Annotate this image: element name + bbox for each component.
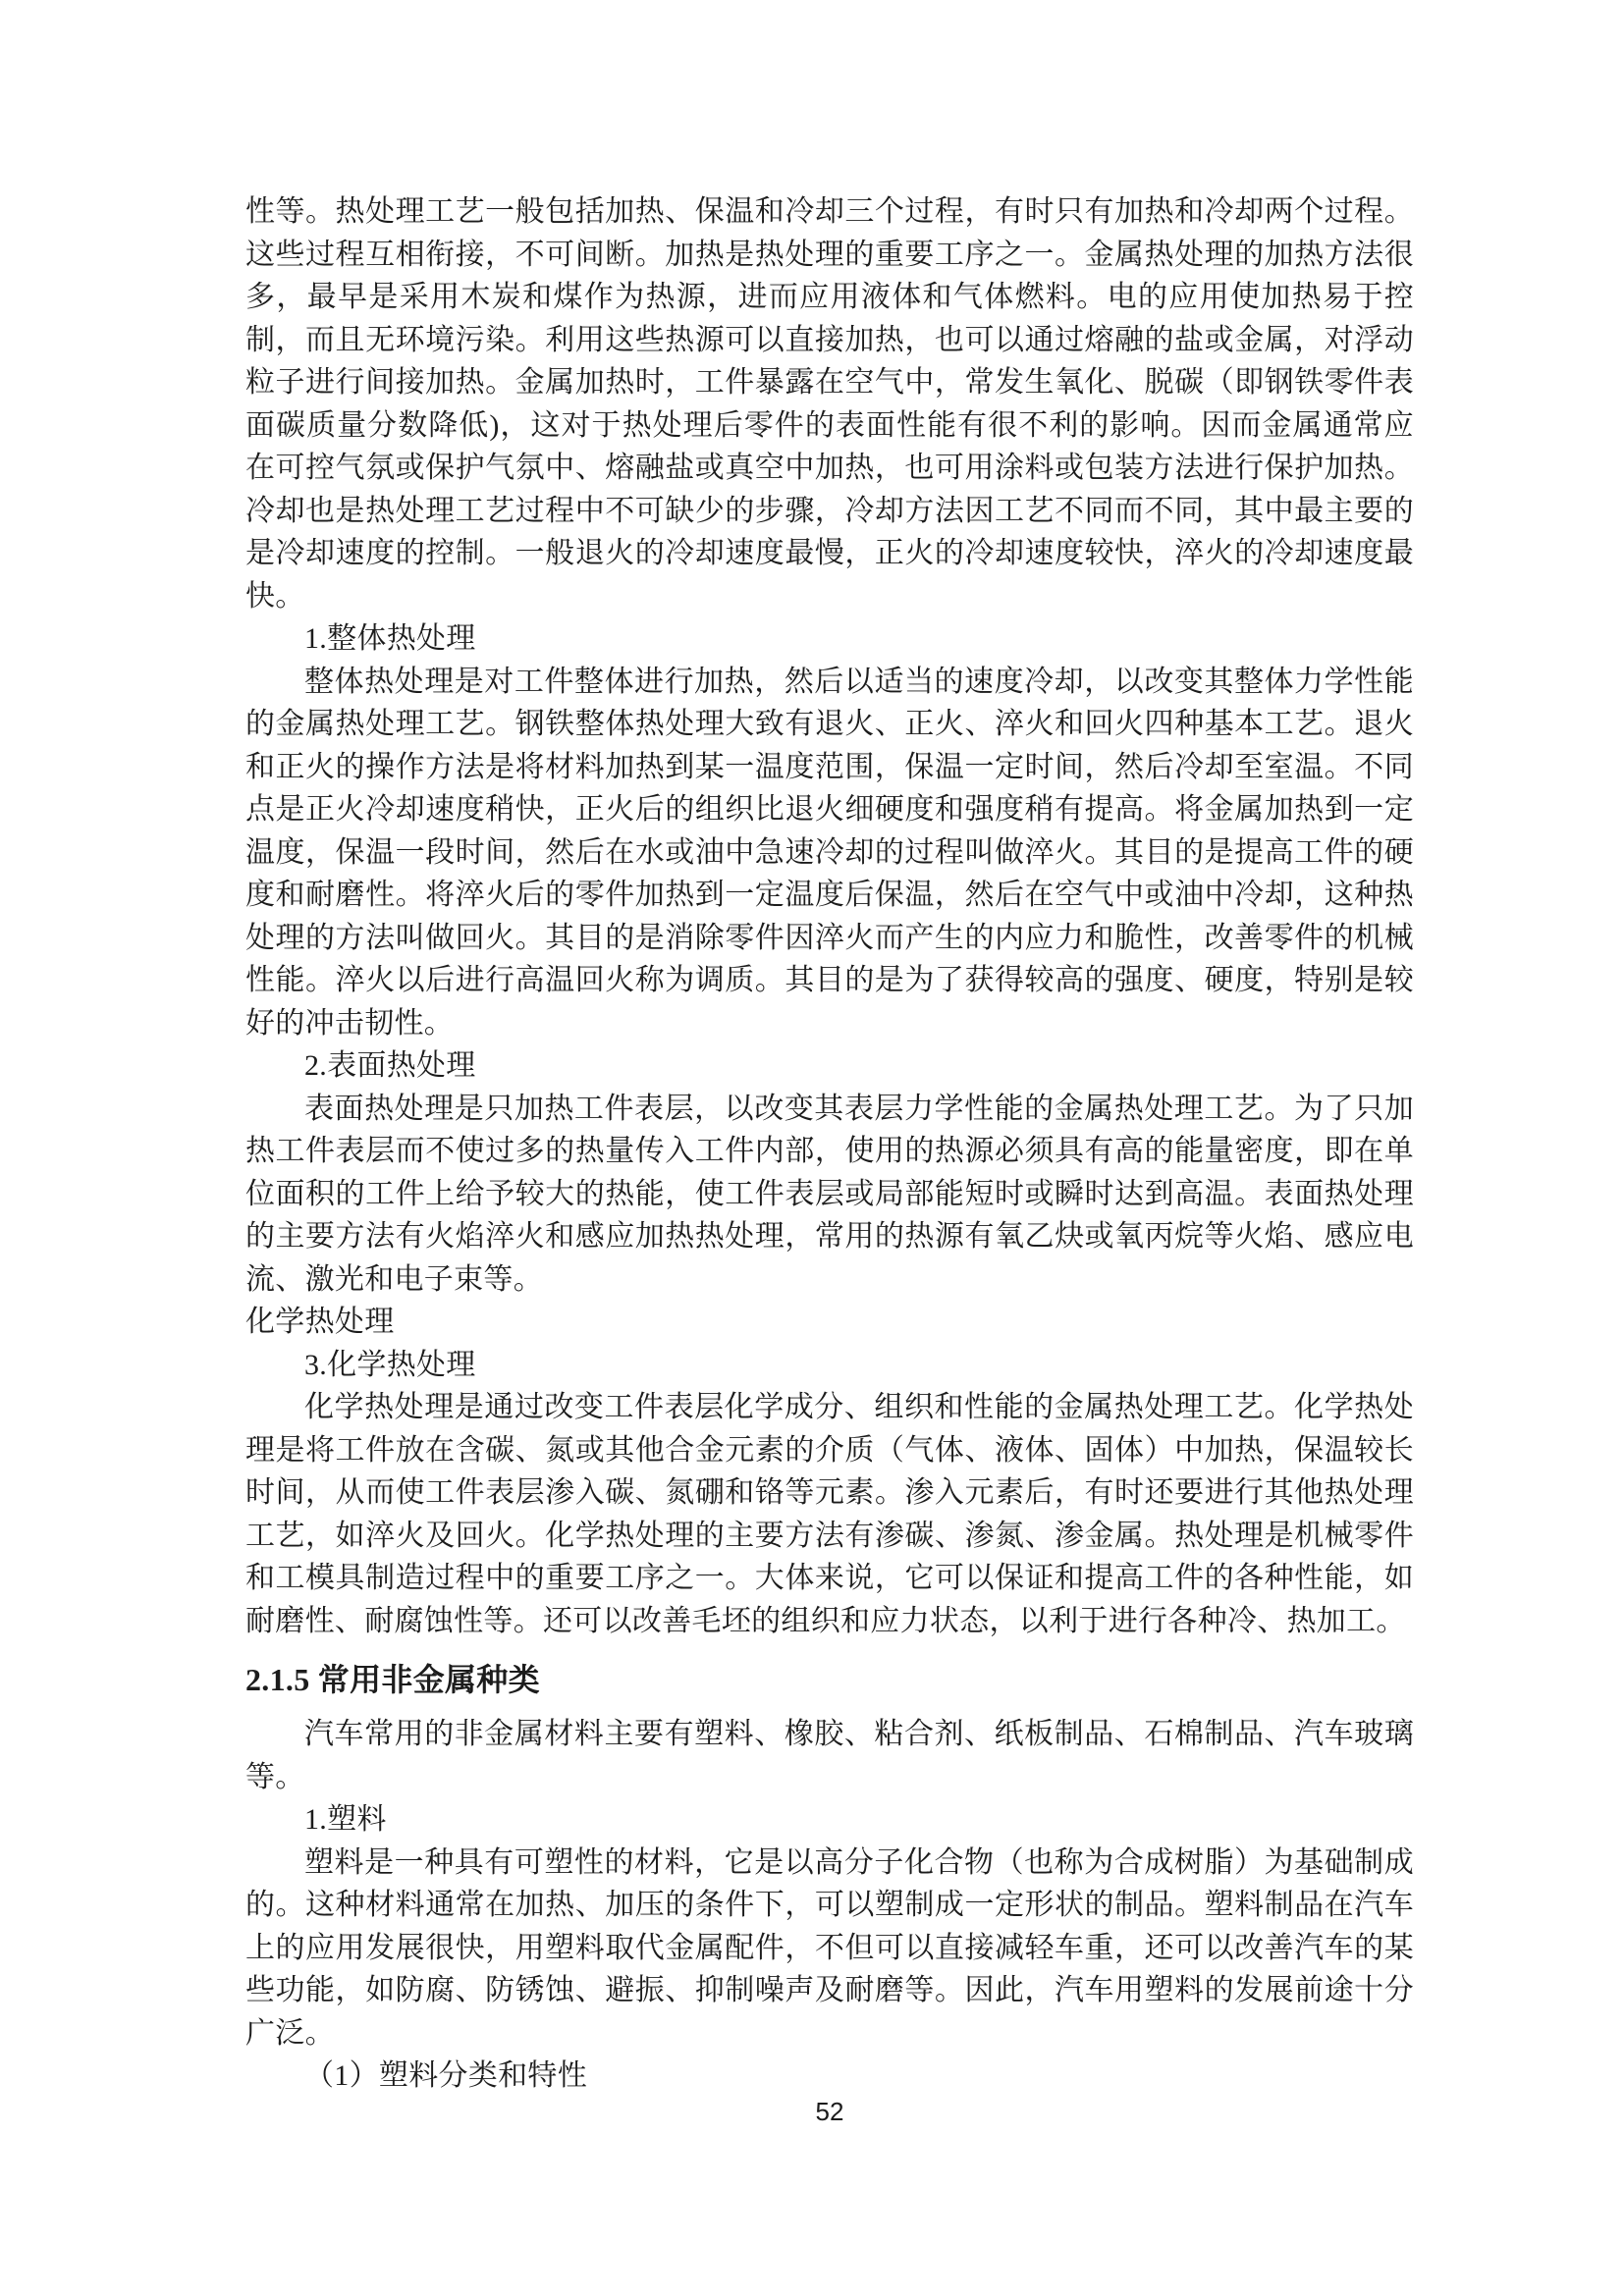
page-number: 52 xyxy=(245,2097,1414,2127)
text-block: 性等。热处理工艺一般包括加热、保温和冷却三个过程，有时只有加热和冷却两个过程。这… xyxy=(245,190,1414,2098)
body-paragraph: 化学热处理是通过改变工件表层化学成分、组织和性能的金属热处理工艺。化学热处理是将… xyxy=(245,1386,1414,1642)
list-item-plastic-classification: （1）塑料分类和特性 xyxy=(245,2055,1414,2098)
body-paragraph: 塑料是一种具有可塑性的材料，它是以高分子化合物（也称为合成树脂）为基础制成的。这… xyxy=(245,1842,1414,2056)
list-item-1-plastics: 1.塑料 xyxy=(245,1798,1414,1842)
stray-line-chemical-heat-treatment: 化学热处理 xyxy=(245,1301,1414,1344)
section-heading-2-1-5: 2.1.5 常用非金属种类 xyxy=(245,1656,1414,1703)
list-item-3-chemical-heat-treatment: 3.化学热处理 xyxy=(245,1344,1414,1387)
document-page: 性等。热处理工艺一般包括加热、保温和冷却三个过程，有时只有加热和冷却两个过程。这… xyxy=(0,0,1624,2296)
list-item-2-surface-heat-treatment: 2.表面热处理 xyxy=(245,1044,1414,1088)
body-paragraph: 表面热处理是只加热工件表层，以改变其表层力学性能的金属热处理工艺。为了只加热工件… xyxy=(245,1088,1414,1302)
body-paragraph-continuation: 性等。热处理工艺一般包括加热、保温和冷却三个过程，有时只有加热和冷却两个过程。这… xyxy=(245,190,1414,617)
body-paragraph: 汽车常用的非金属材料主要有塑料、橡胶、粘合剂、纸板制品、石棉制品、汽车玻璃等。 xyxy=(245,1713,1414,1798)
body-paragraph: 整体热处理是对工件整体进行加热，然后以适当的速度冷却，以改变其整体力学性能的金属… xyxy=(245,661,1414,1045)
list-item-1-overall-heat-treatment: 1.整体热处理 xyxy=(245,617,1414,661)
